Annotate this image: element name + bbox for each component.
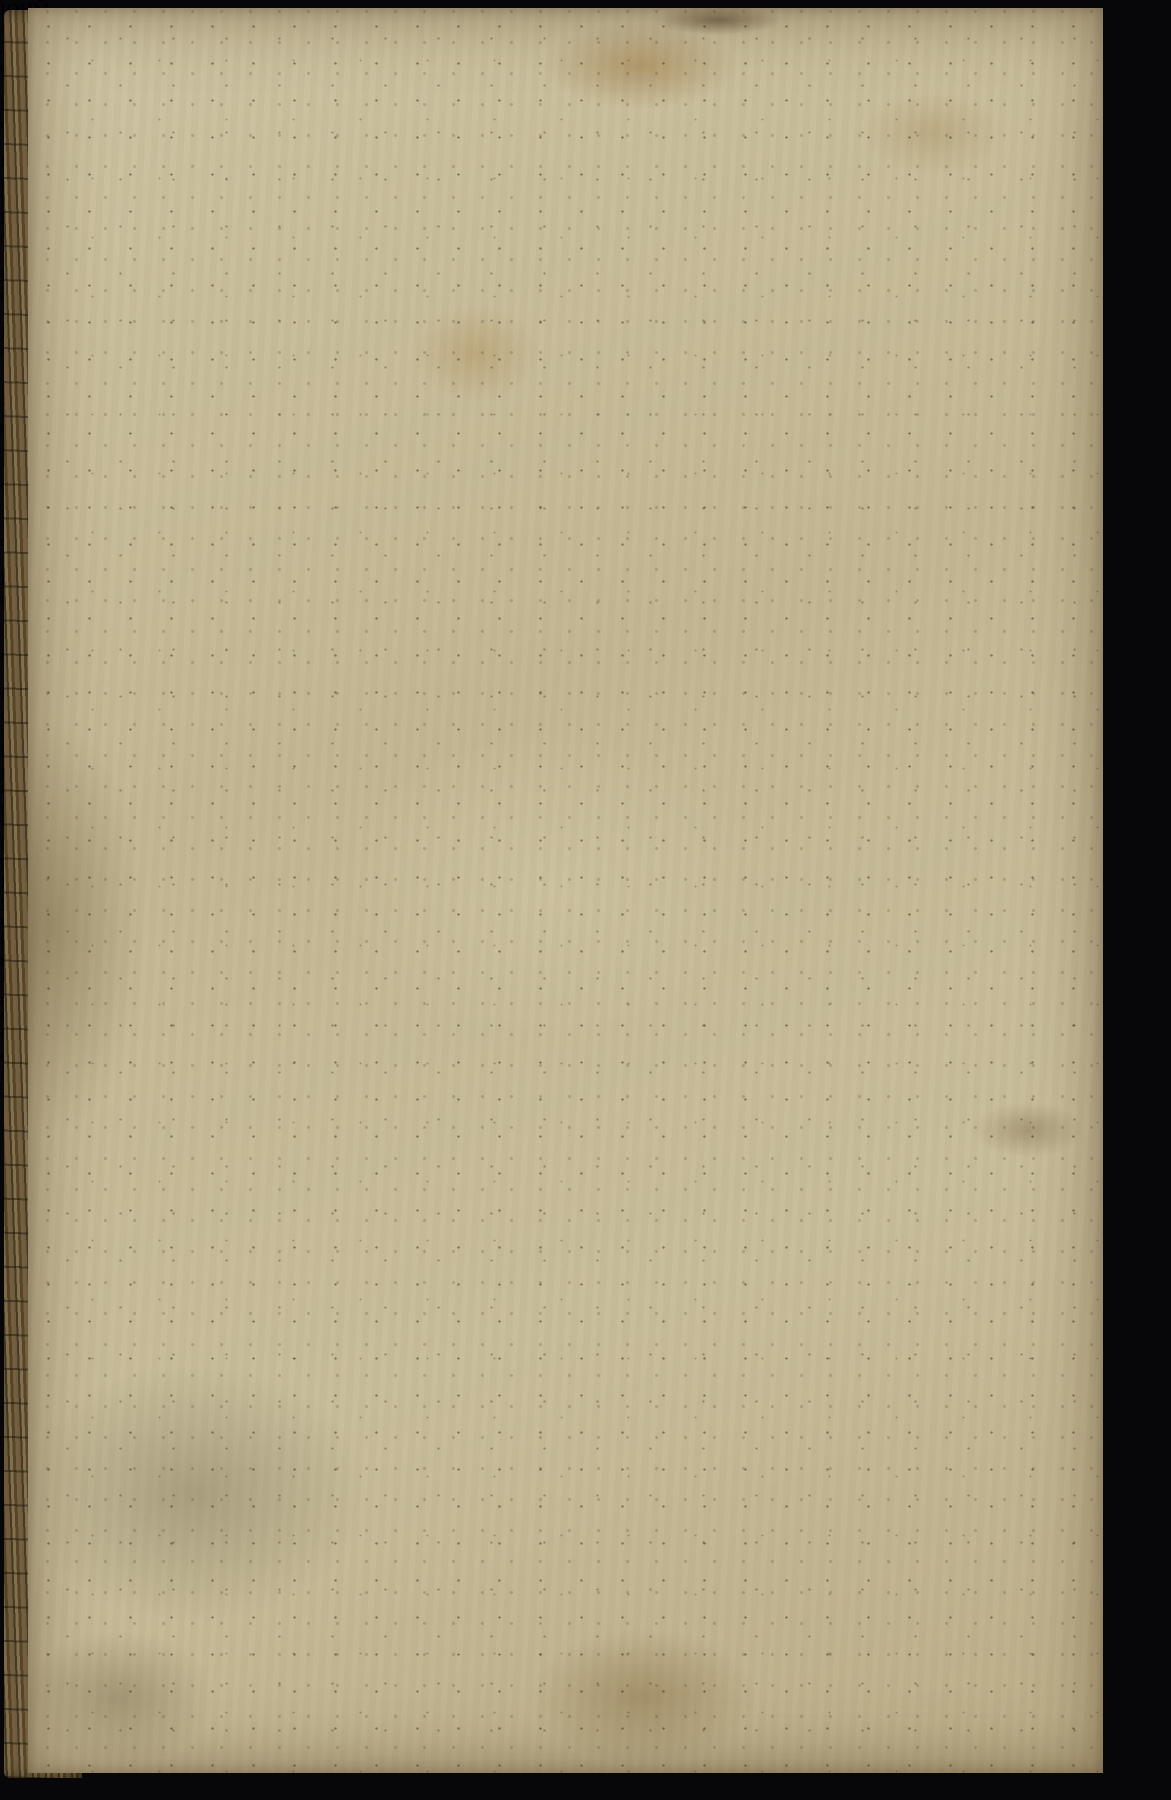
manuscript-photo: IOHM̄ 429 215 ɸ·ccxci·VIIIIL·cccxliɸ·ccx… xyxy=(0,0,1171,1800)
parchment-leaf xyxy=(28,8,1103,1773)
